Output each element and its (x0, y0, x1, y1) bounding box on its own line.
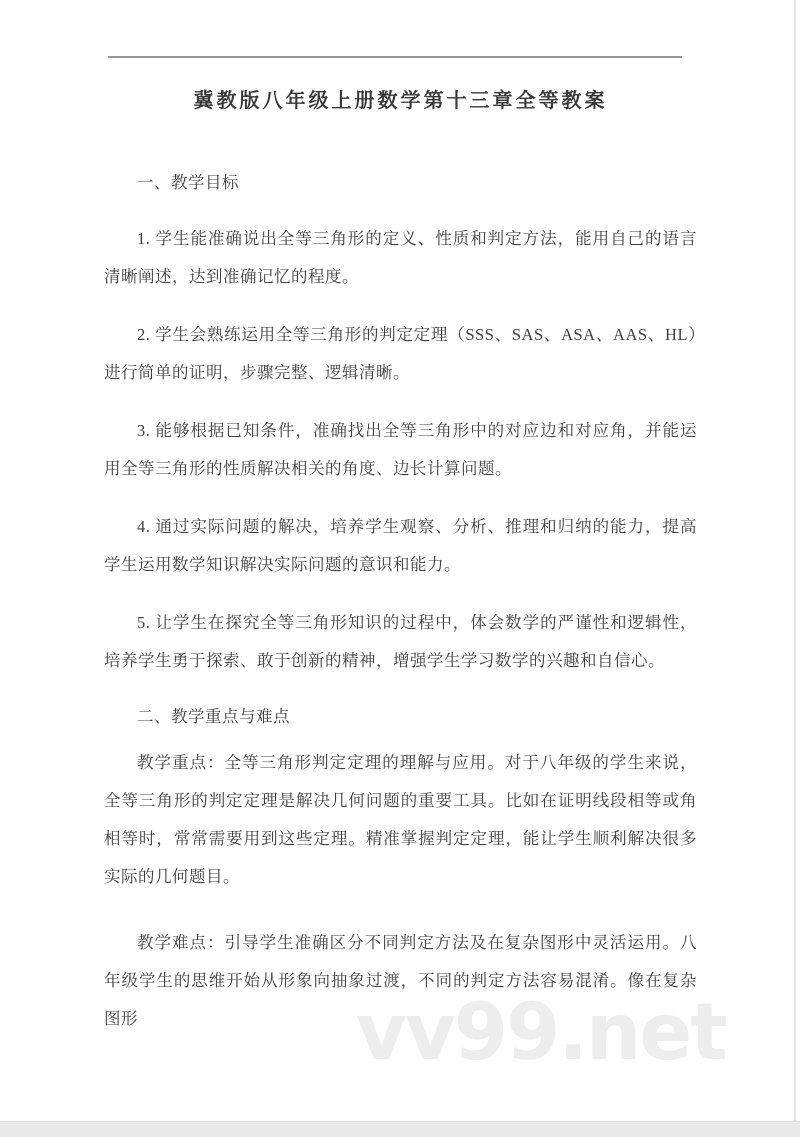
section-heading-key-points: 二、教学重点与难点 (104, 698, 697, 736)
key-point-paragraph: 教学重点：全等三角形判定定理的理解与应用。对于八年级的学生来说，全等三角形的判定… (104, 744, 697, 896)
objective-item-2: 2. 学生会熟练运用全等三角形的判定定理（SSS、SAS、ASA、AAS、HL）… (104, 316, 697, 392)
document-preview: { "colors": { "page_background": "#fffff… (0, 0, 800, 1137)
difficulty-paragraph: 教学难点：引导学生准确区分不同判定方法及在复杂图形中灵活运用。八年级学生的思维开… (104, 924, 697, 1038)
document-body: 冀教版八年级上册数学第十三章全等教案 一、教学目标 1. 学生能准确说出全等三角… (104, 0, 697, 1038)
objective-item-4: 4. 通过实际问题的解决，培养学生观察、分析、推理和归纳的能力，提高学生运用数学… (104, 508, 697, 584)
section-heading-objectives: 一、教学目标 (104, 164, 697, 202)
document-title: 冀教版八年级上册数学第十三章全等教案 (104, 86, 697, 116)
objective-item-5: 5. 让学生在探究全等三角形知识的过程中，体会数学的严谨性和逻辑性，培养学生勇于… (104, 604, 697, 680)
page-bottom-gap (0, 1121, 800, 1137)
page-right-edge (794, 0, 796, 1122)
objective-item-3: 3. 能够根据已知条件，准确找出全等三角形中的对应边和对应角，并能运用全等三角形… (104, 412, 697, 488)
objective-item-1: 1. 学生能准确说出全等三角形的定义、性质和判定方法，能用自己的语言清晰阐述，达… (104, 220, 697, 296)
